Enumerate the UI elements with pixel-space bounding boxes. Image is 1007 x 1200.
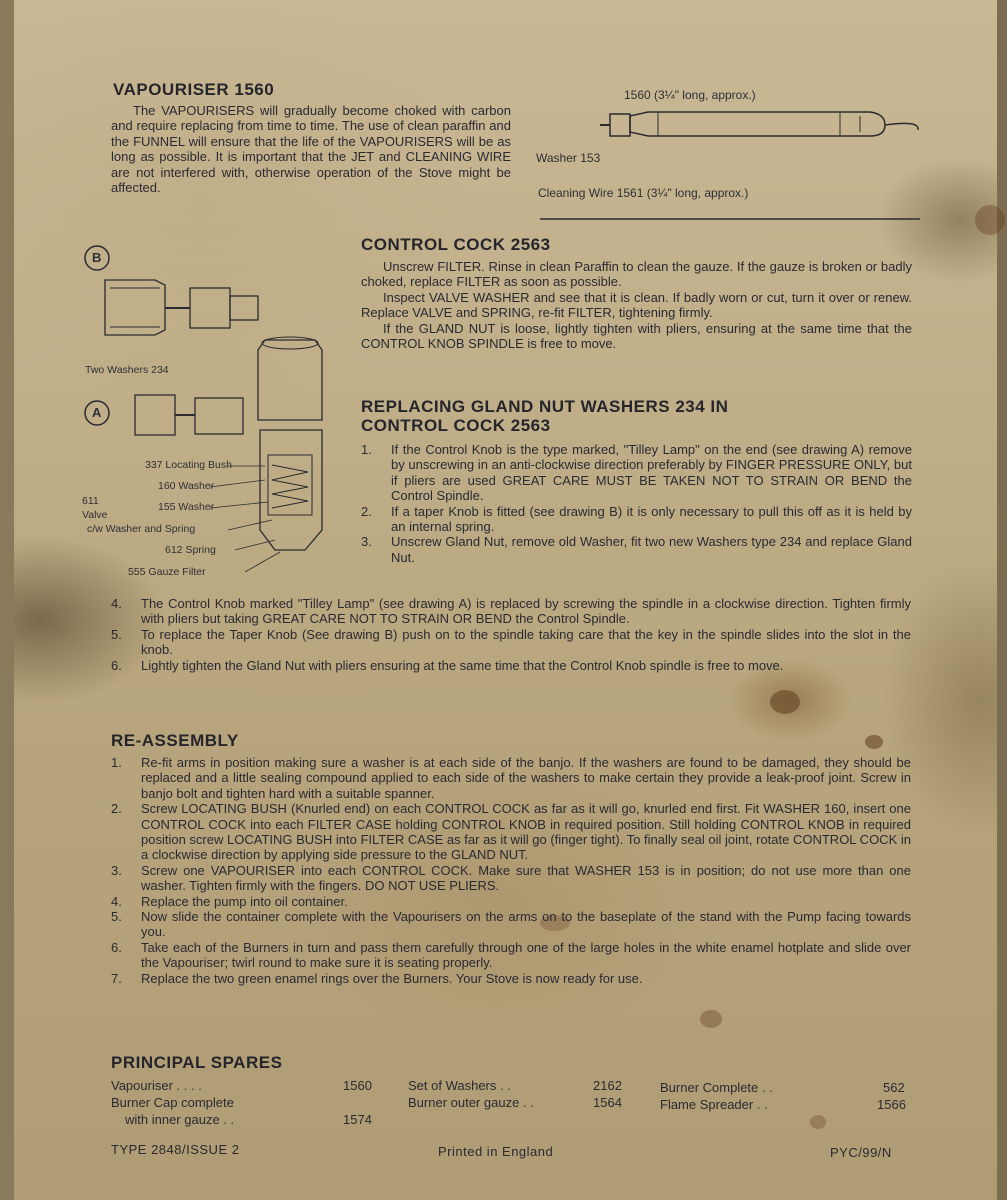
drawing-a-marker: A <box>92 405 101 420</box>
footer-type: TYPE 2848/ISSUE 2 <box>111 1142 239 1157</box>
page-edge-left <box>0 0 14 1200</box>
vapouriser-diagram: 1560 (3¼" long, approx.) Washer 153 Clea… <box>540 88 940 228</box>
control-cock-text: Unscrew FILTER. Rinse in clean Paraffin … <box>361 259 912 351</box>
control-cock-diagram: B A Two Washers 234 337 Locating Bush 16… <box>60 240 360 590</box>
page-edge-right <box>997 0 1007 1200</box>
reassembly-step: 5.Now slide the container complete with … <box>111 909 911 940</box>
spare-item: Flame Spreader . . <box>660 1097 768 1112</box>
control-cock-paragraph: Unscrew FILTER. Rinse in clean Paraffin … <box>361 259 912 290</box>
control-cock-drawing <box>60 240 360 590</box>
spare-item: Burner Complete . . <box>660 1080 773 1095</box>
reassembly-step: 3.Screw one VAPOURISER into each CONTROL… <box>111 863 911 894</box>
spare-item: Set of Washers . . <box>408 1078 511 1093</box>
spare-item: Vapouriser . . . . <box>111 1078 202 1093</box>
spares-list: Vapouriser . . . . 1560 Burner Cap compl… <box>111 1078 911 1128</box>
reassembly-step: 2.Screw LOCATING BUSH (Knurled end) on e… <box>111 801 911 863</box>
footer-code: PYC/99/N <box>830 1145 892 1160</box>
spare-number: 562 <box>883 1080 905 1095</box>
stain <box>865 735 883 749</box>
spare-number: 1560 <box>343 1078 372 1093</box>
reassembly-step: 6.Take each of the Burners in turn and p… <box>111 940 911 971</box>
gauze-filter-label: 555 Gauze Filter <box>128 566 206 578</box>
cleaning-wire-label: Cleaning Wire 1561 (3¼" long, approx.) <box>538 186 748 200</box>
valve-number-label: 611 <box>82 495 99 507</box>
spare-item: Burner outer gauze . . <box>408 1095 534 1110</box>
spring-label: 612 Spring <box>165 544 216 556</box>
control-cock-paragraph: If the GLAND NUT is loose, lightly tight… <box>361 321 912 352</box>
washer-153-label: Washer 153 <box>536 151 600 165</box>
vapouriser-text: The VAPOURISERS will gradually become ch… <box>111 103 511 195</box>
spare-item: Burner Cap complete <box>111 1095 234 1110</box>
reassembly-step: 1.Re-fit arms in position making sure a … <box>111 755 911 801</box>
spare-item: with inner gauze . . <box>125 1112 234 1127</box>
stain <box>700 1010 722 1028</box>
gland-nut-step: 3.Unscrew Gland Nut, remove old Washer, … <box>361 534 912 565</box>
reassembly-step: 7.Replace the two green enamel rings ove… <box>111 971 911 986</box>
vapouriser-paragraph: The VAPOURISERS will gradually become ch… <box>111 103 511 195</box>
control-cock-heading: CONTROL COCK 2563 <box>361 235 551 255</box>
spare-number: 1566 <box>877 1097 906 1112</box>
gland-nut-step: 1.If the Control Knob is the type marked… <box>361 442 912 504</box>
spare-number: 1564 <box>593 1095 622 1110</box>
locating-bush-label: 337 Locating Bush <box>145 459 232 471</box>
washer-155-label: 155 Washer <box>158 501 214 513</box>
two-washers-label: Two Washers 234 <box>85 364 169 376</box>
gland-nut-steps-lower: 4.The Control Knob marked "Tilley Lamp" … <box>111 596 911 673</box>
spares-heading: PRINCIPAL SPARES <box>111 1053 282 1073</box>
gland-nut-step: 6.Lightly tighten the Gland Nut with pli… <box>111 658 911 673</box>
gland-nut-heading-line2: CONTROL COCK 2563 <box>361 416 551 436</box>
gland-nut-step: 4.The Control Knob marked "Tilley Lamp" … <box>111 596 911 627</box>
vapouriser-length-label: 1560 (3¼" long, approx.) <box>624 88 756 102</box>
washer-160-label: 160 Washer <box>158 480 214 492</box>
drawing-b-marker: B <box>92 250 101 265</box>
reassembly-step: 4.Replace the pump into oil container. <box>111 894 911 909</box>
valve-desc-label: c/w Washer and Spring <box>87 523 195 535</box>
stain <box>770 690 800 714</box>
stain <box>975 205 1005 235</box>
reassembly-heading: RE-ASSEMBLY <box>111 731 239 751</box>
spare-number: 1574 <box>343 1112 372 1127</box>
reassembly-steps: 1.Re-fit arms in position making sure a … <box>111 755 911 986</box>
vapouriser-heading: VAPOURISER 1560 <box>113 80 274 100</box>
cleaning-wire-drawing <box>540 214 940 224</box>
spare-number: 2162 <box>593 1078 622 1093</box>
gland-nut-steps-upper: 1.If the Control Knob is the type marked… <box>361 442 912 565</box>
control-cock-paragraph: Inspect VALVE WASHER and see that it is … <box>361 290 912 321</box>
gland-nut-step: 2.If a taper Knob is fitted (see drawing… <box>361 504 912 535</box>
document-page: VAPOURISER 1560 The VAPOURISERS will gra… <box>0 0 1007 1200</box>
gland-nut-heading-line1: REPLACING GLAND NUT WASHERS 234 IN <box>361 397 728 417</box>
footer-printed: Printed in England <box>438 1144 553 1159</box>
gland-nut-step: 5.To replace the Taper Knob (See drawing… <box>111 627 911 658</box>
valve-word-label: Valve <box>82 509 108 521</box>
